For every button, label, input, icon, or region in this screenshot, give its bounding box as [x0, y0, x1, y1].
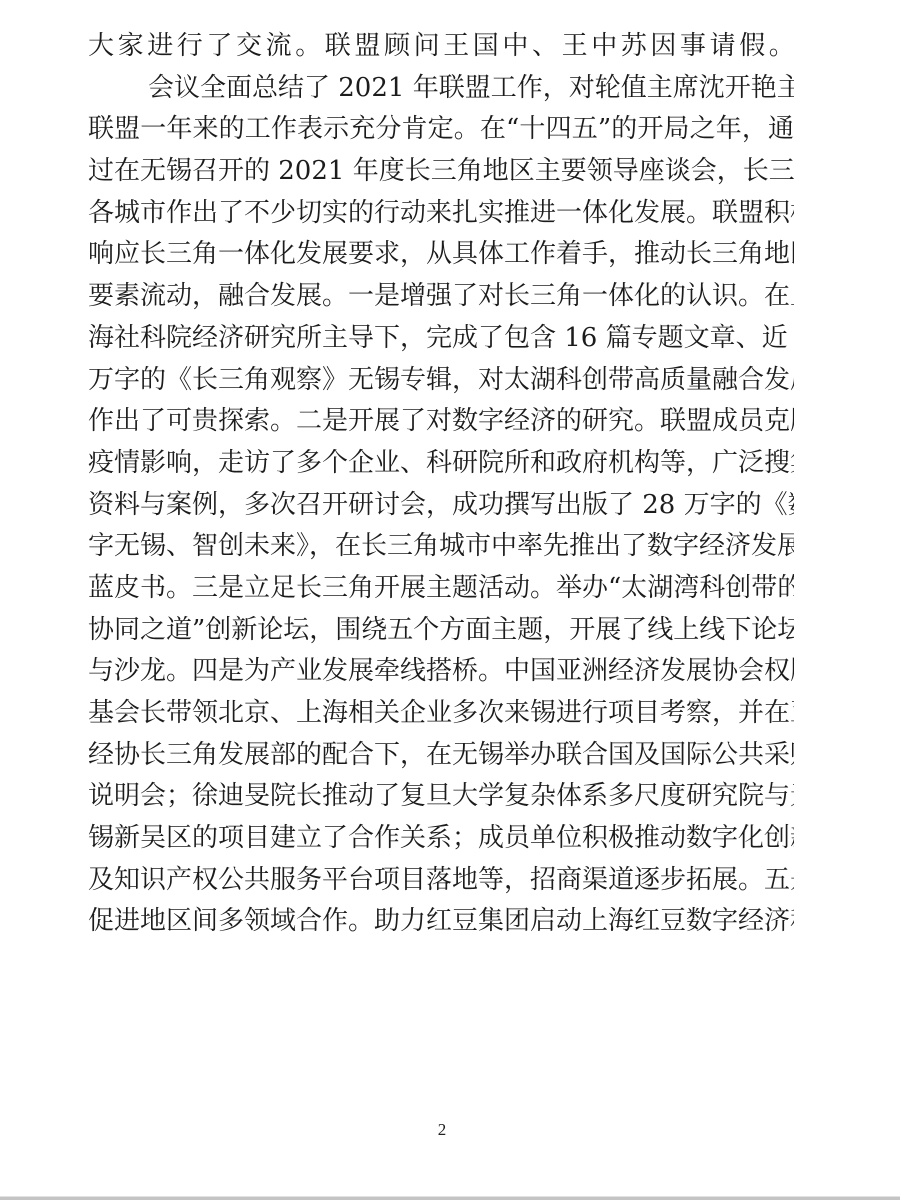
body-text: 大家进行了交流。联盟顾问王国中、王中苏因事请假。 会议全面总结了 2021 年联… [88, 26, 794, 985]
text-line: 协同之道”创新论坛，围绕五个方面主题，开展了线上线下论坛 [88, 610, 794, 652]
text-line [88, 943, 794, 985]
text-line: 字无锡、智创未来》，在长三角城市中率先推出了数字经济发展 [88, 526, 794, 568]
page-bottom-edge [0, 1196, 900, 1200]
text-line: 联盟一年来的工作表示充分肯定。在“十四五”的开局之年，通 [88, 109, 794, 151]
text-line: 说明会；徐迪旻院长推动了复旦大学复杂体系多尺度研究院与无 [88, 776, 794, 818]
text-line: 经协长三角发展部的配合下，在无锡举办联合国及国际公共采购 [88, 735, 794, 777]
document-page: 大家进行了交流。联盟顾问王国中、王中苏因事请假。 会议全面总结了 2021 年联… [0, 0, 900, 1196]
text-line: 疫情影响，走访了多个企业、科研院所和政府机构等，广泛搜集 [88, 443, 794, 485]
text-line: 响应长三角一体化发展要求，从具体工作着手，推动长三角地区 [88, 234, 794, 276]
text-line: 万字的《长三角观察》无锡专辑，对太湖科创带高质量融合发展 [88, 360, 794, 402]
text-line: 与沙龙。四是为产业发展牵线搭桥。中国亚洲经济发展协会权顺 [88, 651, 794, 693]
text-line: 蓝皮书。三是立足长三角开展主题活动。举办“太湖湾科创带的 [88, 568, 794, 610]
text-line: 资料与案例，多次召开研讨会，成功撰写出版了 28 万字的《数 [88, 485, 794, 527]
text-line: 基会长带领北京、上海相关企业多次来锡进行项目考察，并在亚 [88, 693, 794, 735]
text-line: 海社科院经济研究所主导下，完成了包含 16 篇专题文章、近 9 [88, 318, 794, 360]
text-line: 会议全面总结了 2021 年联盟工作，对轮值主席沈开艳主持 [88, 68, 794, 110]
text-line: 及知识产权公共服务平台项目落地等，招商渠道逐步拓展。五是 [88, 860, 794, 902]
text-line: 锡新吴区的项目建立了合作关系；成员单位积极推动数字化创新 [88, 818, 794, 860]
text-line: 促进地区间多领域合作。助力红豆集团启动上海红豆数字经济科 [88, 901, 794, 943]
text-line: 过在无锡召开的 2021 年度长三角地区主要领导座谈会，长三角 [88, 151, 794, 193]
text-line: 要素流动，融合发展。一是增强了对长三角一体化的认识。在上 [88, 276, 794, 318]
text-line: 各城市作出了不少切实的行动来扎实推进一体化发展。联盟积极 [88, 193, 794, 235]
page-number: 2 [430, 1120, 454, 1140]
text-line: 作出了可贵探索。二是开展了对数字经济的研究。联盟成员克服 [88, 401, 794, 443]
text-line: 大家进行了交流。联盟顾问王国中、王中苏因事请假。 [88, 26, 794, 68]
